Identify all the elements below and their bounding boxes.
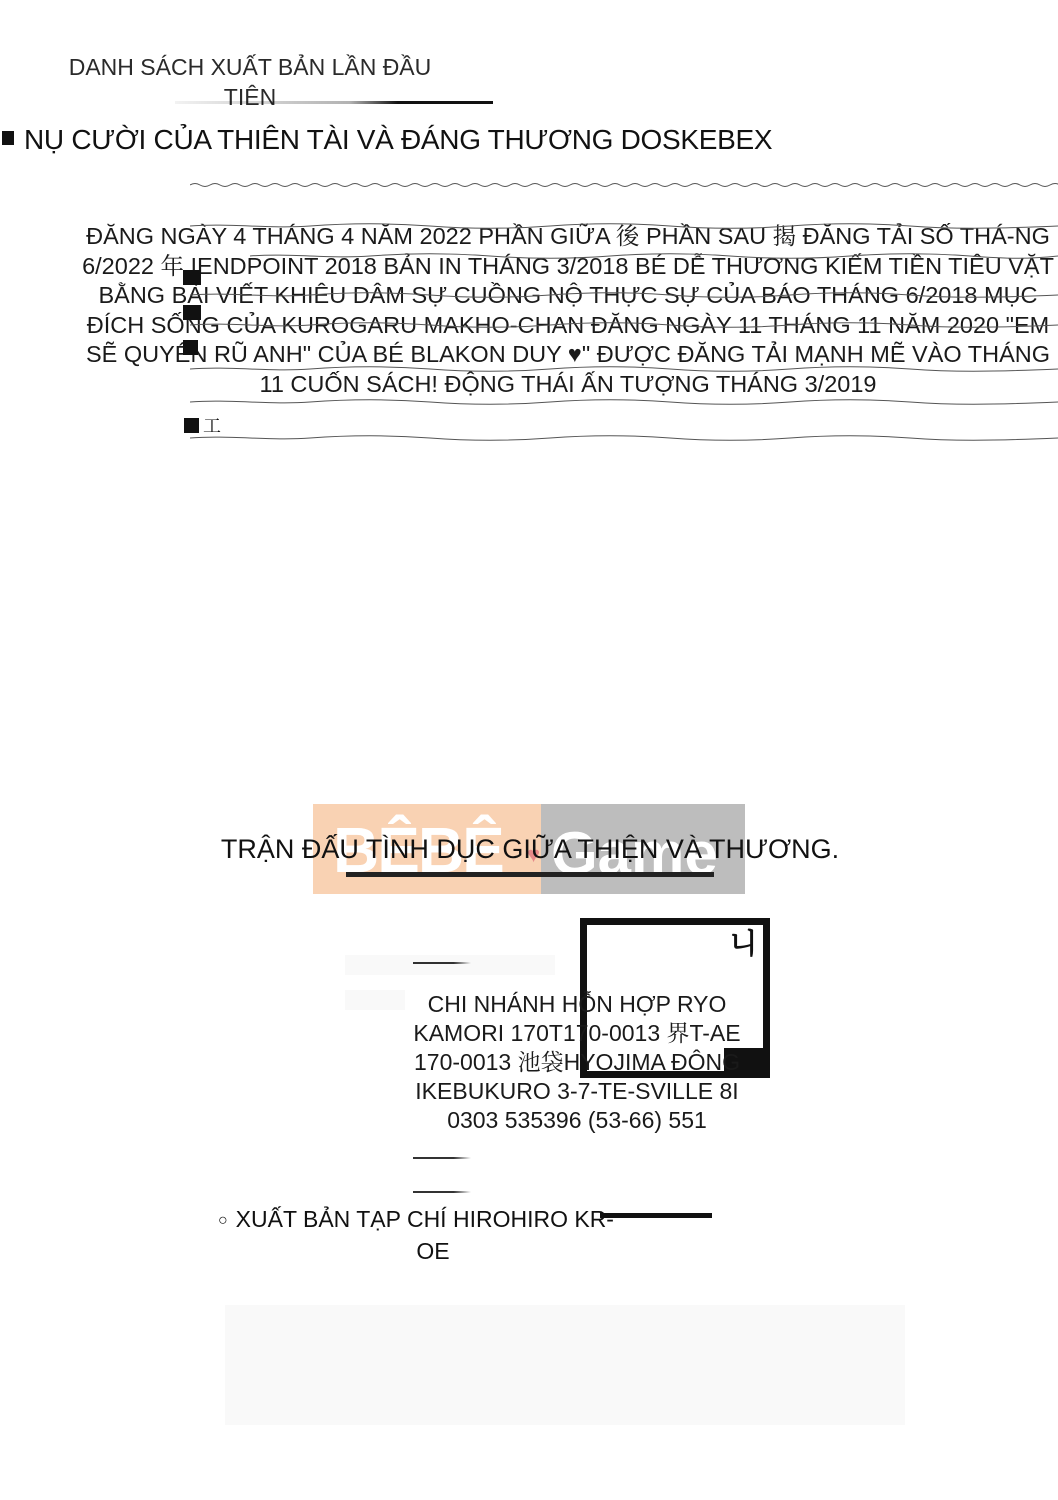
section-heading-text: NỤ CƯỜI CỦA THIÊN TÀI VÀ ĐÁNG THƯƠNG DOS… [24,124,772,155]
faded-text [345,955,555,975]
footnote-marker: 工 [184,412,221,438]
section-heading: NỤ CƯỜI CỦA THIÊN TÀI VÀ ĐÁNG THƯƠNG DOS… [0,122,772,158]
magazine-underline [600,1213,712,1218]
body-paragraph: ĐĂNG NGÀY 4 THÁNG 4 NĂM 2022 PHẦN GIỮA 後… [78,222,1058,400]
magazine-line-1: XUẤT BẢN TẠP CHÍ HIROHIRO KR- [236,1206,614,1232]
wavy-rule [190,182,1058,188]
square-bullet-icon [184,418,199,433]
stamp-glyph: 니 [730,929,757,959]
faded-text-block [225,1305,905,1425]
faded-text [345,990,405,1010]
publisher-address: CHI NHÁNH HỖN HỢP RYO KAMORI 170T170-001… [410,990,744,1135]
header-underline [175,101,493,104]
dash-rule [413,1191,471,1193]
dash-rule [413,1157,471,1159]
circle-bullet-icon: ○ [218,1212,228,1229]
battle-title-underline [346,872,714,877]
battle-title: TRẬN ĐẤU TÌNH DỤC GIỮA THIỆN VÀ THƯƠNG. [180,832,880,866]
redaction-mark [183,305,201,320]
redaction-mark [183,270,201,285]
square-bullet-icon [2,131,14,145]
redaction-mark [183,340,198,355]
magazine-credit: ○XUẤT BẢN TẠP CHÍ HIROHIRO KR- OE [218,1204,658,1267]
magazine-line-2: OE [218,1236,648,1267]
